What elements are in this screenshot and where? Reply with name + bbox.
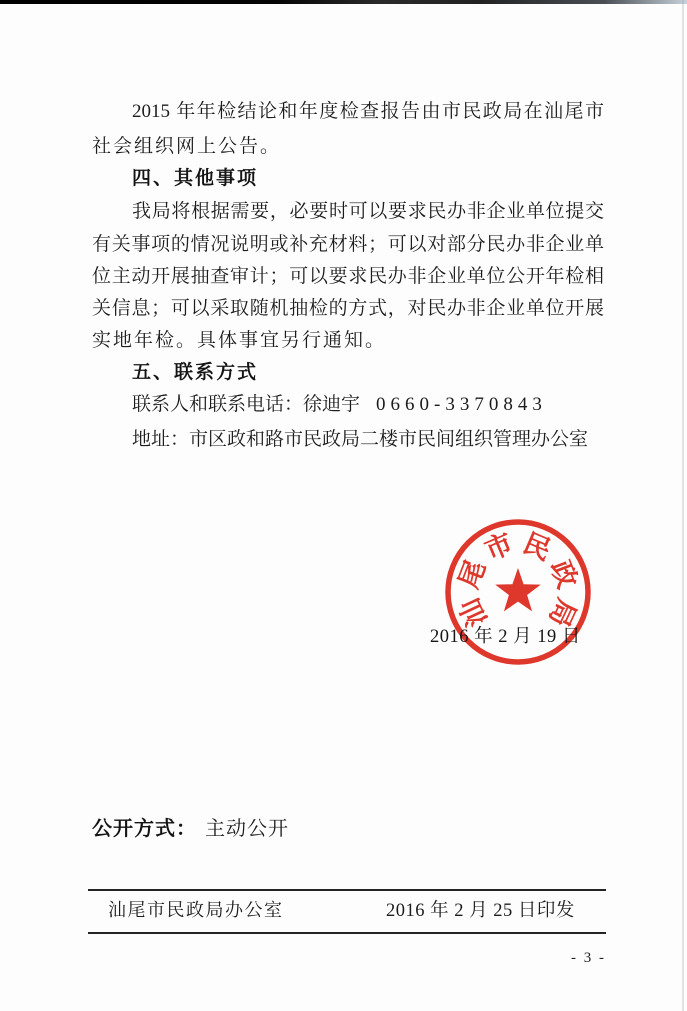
seal-char: 尾 <box>453 556 491 592</box>
section-heading-contact: 五、联系方式 <box>92 360 604 386</box>
scan-edge-artifact <box>0 0 687 4</box>
seal-char: 政 <box>545 556 583 592</box>
page-number: - 3 - <box>571 950 606 967</box>
seal-char: 市 <box>481 528 518 566</box>
footer-print-date: 2016 年 2 月 25 日印发 <box>386 896 575 922</box>
body-line: 位主动开展抽查审计；可以要求民办非企业单位公开年检相 <box>92 264 604 290</box>
body-line: 社会组织网上公告。 <box>92 134 604 160</box>
contact-phone: 0660-3370843 <box>376 394 547 415</box>
disclosure-line: 公开方式：主动公开 <box>92 812 289 841</box>
footer-rule-top <box>88 889 606 891</box>
scanned-document-page: 2015 年年检结论和年度检查报告由市民政局在汕尾市 社会组织网上公告。 四、其… <box>0 0 687 1011</box>
seal-star <box>495 568 541 611</box>
footer-rule-bottom <box>88 932 606 934</box>
section-heading-other: 四、其他事项 <box>92 166 604 192</box>
scan-edge-right-artifact <box>682 0 684 1011</box>
body-line: 关信息；可以采取随机抽检的方式，对民办非企业单位开展 <box>92 296 604 322</box>
contact-label: 联系人和联系电话：徐迪宇 <box>132 394 360 415</box>
contact-line: 联系人和联系电话：徐迪宇0660-3370843 <box>92 392 604 418</box>
body-line: 实地年检。具体事宜另行通知。 <box>92 328 604 354</box>
seal-char: 民 <box>519 528 556 566</box>
body-line: 我局将根据需要，必要时可以要求民办非企业单位提交 <box>92 199 604 225</box>
address-line: 地址：市区政和路市民政局二楼市民间组织管理办公室 <box>92 427 604 453</box>
footer-issuer: 汕尾市民政局办公室 <box>108 896 284 922</box>
sign-date: 2016 年 2 月 19 日 <box>430 622 581 648</box>
disclosure-label: 公开方式： <box>92 818 197 840</box>
body-line: 有关事项的情况说明或补充材料；可以对部分民办非企业单 <box>92 232 604 258</box>
disclosure-value: 主动公开 <box>205 818 289 840</box>
body-line: 2015 年年检结论和年度检查报告由市民政局在汕尾市 <box>92 99 604 125</box>
